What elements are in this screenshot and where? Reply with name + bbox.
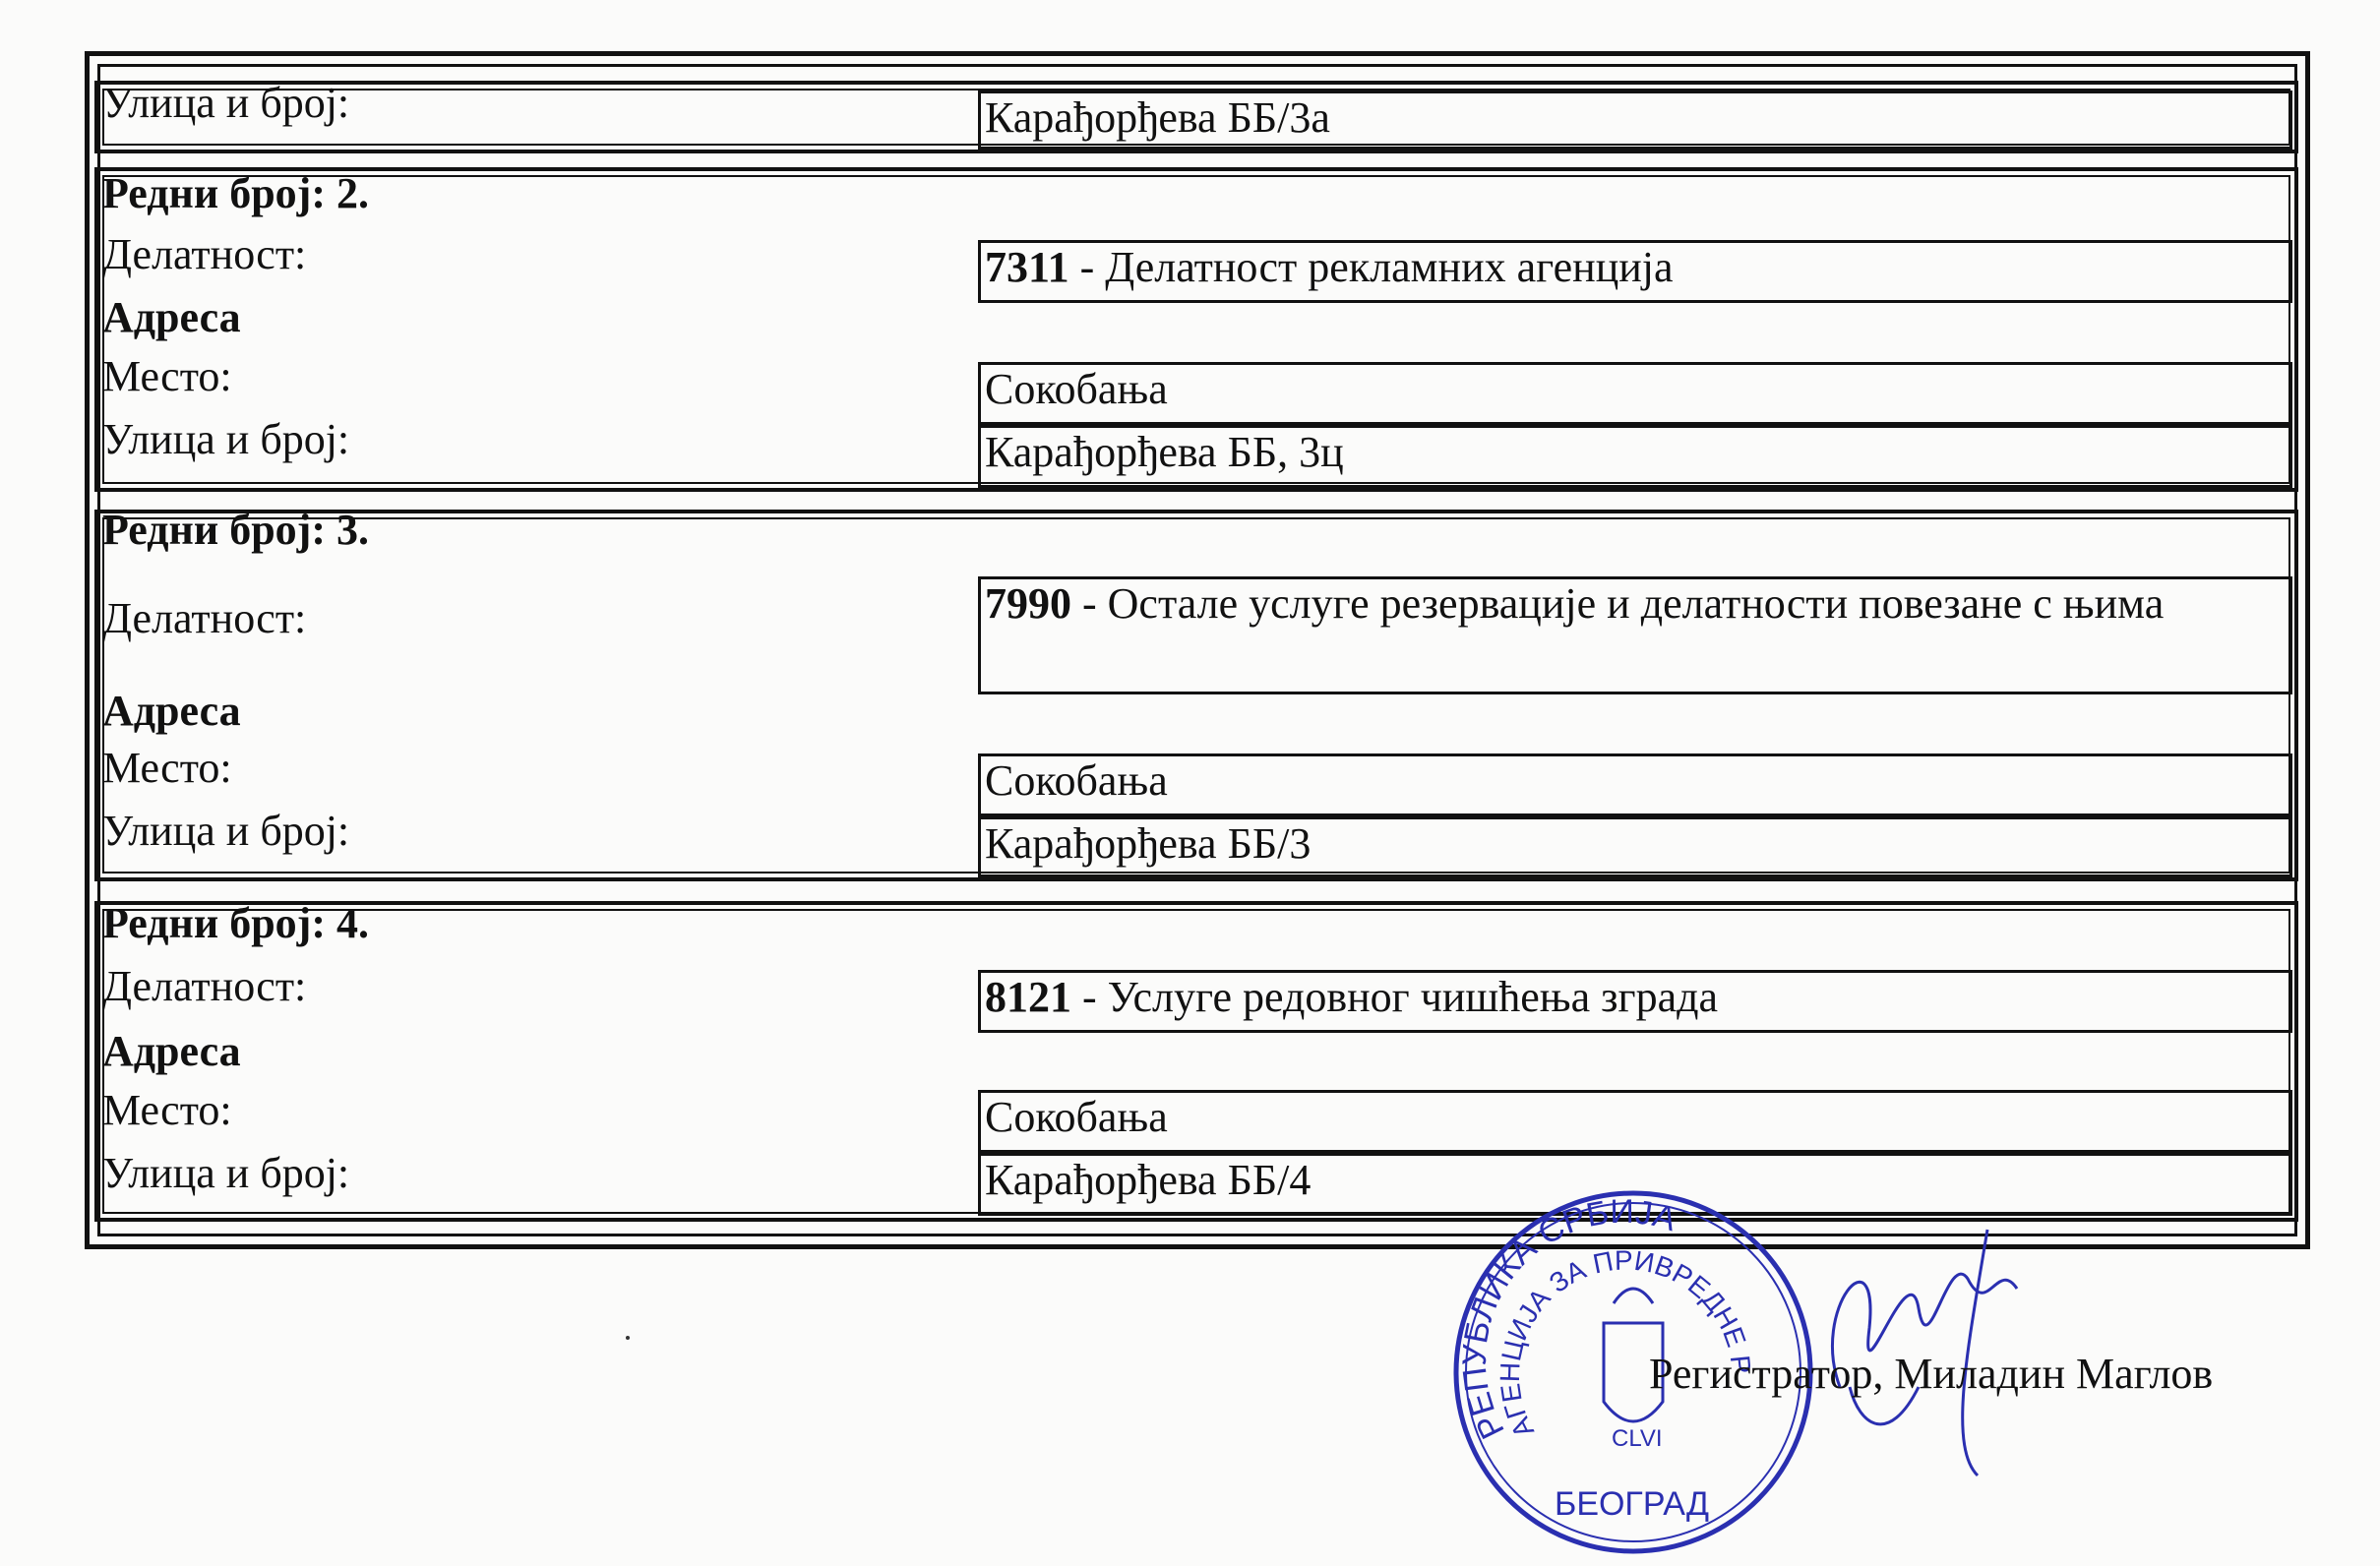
place-value: Сокобања	[978, 1090, 2292, 1153]
speck	[626, 1336, 630, 1340]
svg-text:БЕОГРАД: БЕОГРАД	[1555, 1485, 1709, 1523]
place-value: Сокобања	[978, 362, 2292, 425]
place-label: Место:	[102, 352, 232, 401]
street-value: Карађорђева ББ/3	[978, 816, 2292, 877]
activity-code: 7990	[985, 579, 1071, 628]
street-label: Улица и број:	[102, 1149, 349, 1198]
activity-value: 8121 - Услуге редовног чишћења зграда	[978, 970, 2292, 1033]
signature-icon	[1800, 1190, 2096, 1485]
street-label: Улица и број:	[102, 807, 349, 856]
activity-text: - Делатност рекламних агенција	[1069, 243, 1674, 291]
svg-text:РЕПУБЛИКА СРБИЈА: РЕПУБЛИКА СРБИЈА	[1456, 1193, 1681, 1445]
activity-code: 8121	[985, 973, 1071, 1021]
activity-code: 7311	[985, 243, 1069, 291]
activity-text: - Остале услуге резервације и делатности…	[1071, 579, 2164, 628]
section-heading: Редни број: 3.	[102, 506, 369, 555]
street-label: Улица и број:	[102, 79, 349, 128]
activity-label: Делатност:	[102, 594, 306, 643]
place-value: Сокобања	[978, 753, 2292, 816]
place-label: Место:	[102, 744, 232, 793]
registrar-signature-line: Регистратор, Миладин Маглов	[1649, 1350, 2213, 1399]
address-heading: Адреса	[102, 1027, 241, 1076]
activity-value: 7311 - Делатност рекламних агенција	[978, 240, 2292, 303]
street-label: Улица и број:	[102, 415, 349, 464]
activity-value: 7990 - Остале услуге резервације и делат…	[978, 576, 2292, 694]
address-heading: Адреса	[102, 293, 241, 342]
svg-text:CLVI: CLVI	[1612, 1425, 1663, 1452]
section-heading: Редни број: 2.	[102, 169, 369, 218]
street-value: Карађорђева ББ/3а	[978, 90, 2292, 150]
section-heading: Редни број: 4.	[102, 899, 369, 948]
activity-label: Делатност:	[102, 230, 306, 279]
address-heading: Адреса	[102, 687, 241, 736]
place-label: Место:	[102, 1086, 232, 1135]
street-value: Карађорђева ББ, 3ц	[978, 425, 2292, 488]
activity-text: - Услуге редовног чишћења зграда	[1071, 973, 1718, 1021]
activity-label: Делатност:	[102, 962, 306, 1011]
